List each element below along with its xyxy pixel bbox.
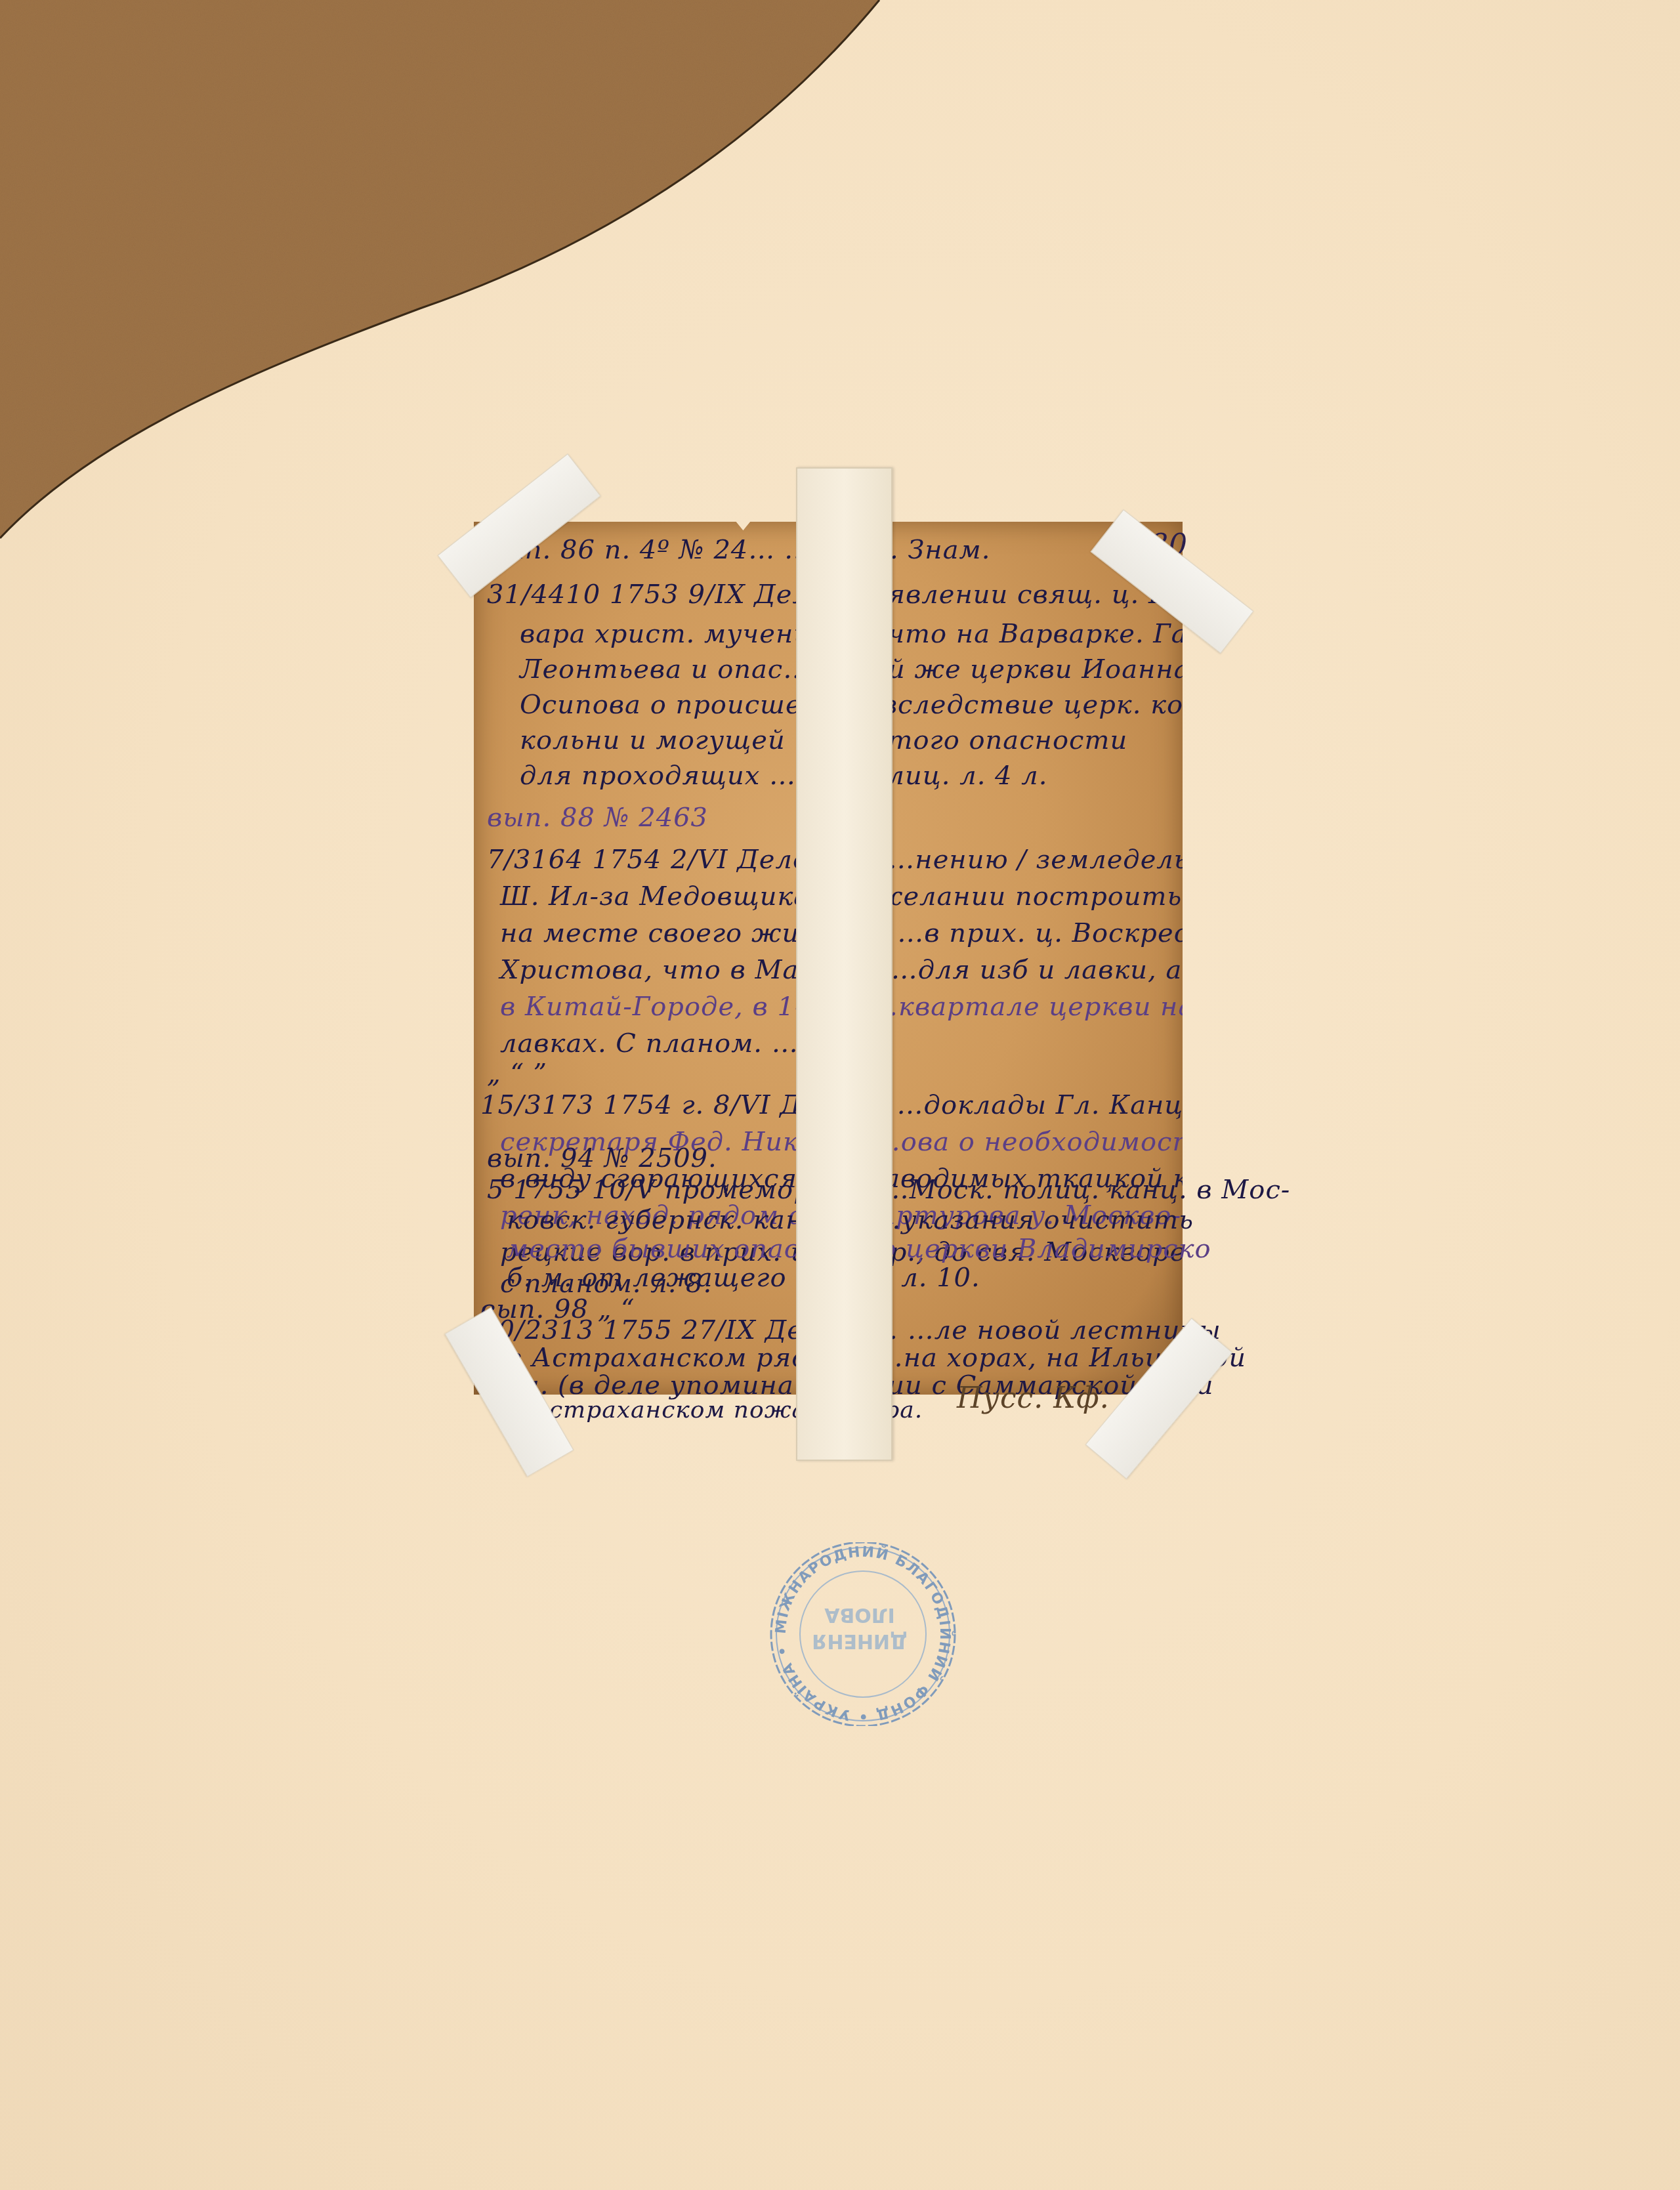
doc-line: „ “ ” (487, 1059, 547, 1089)
doc-line: вып. 86 п. 4º № 24… …на Гр. Знам. (487, 535, 990, 565)
doc-line: для проходящих … …же лиц. л. 4 л. (520, 761, 1047, 791)
doc-line: вып. 88 № 2463 (487, 803, 708, 833)
stamp-center: ДИНЕНЯ ІЛОВА (812, 1601, 908, 1654)
doc-line: вып. 94 № 2509. (487, 1143, 717, 1173)
pencil-annotation: Пусс. Кф. (957, 1381, 1110, 1415)
doc-line: б. м. от лежащего ра… … л. 10. (507, 1263, 980, 1293)
paper-mounting-strip (796, 467, 892, 1461)
stamp-center-line-1: ДИНЕНЯ (812, 1628, 908, 1654)
stamp-center-line-2: ІЛОВА (812, 1601, 908, 1628)
